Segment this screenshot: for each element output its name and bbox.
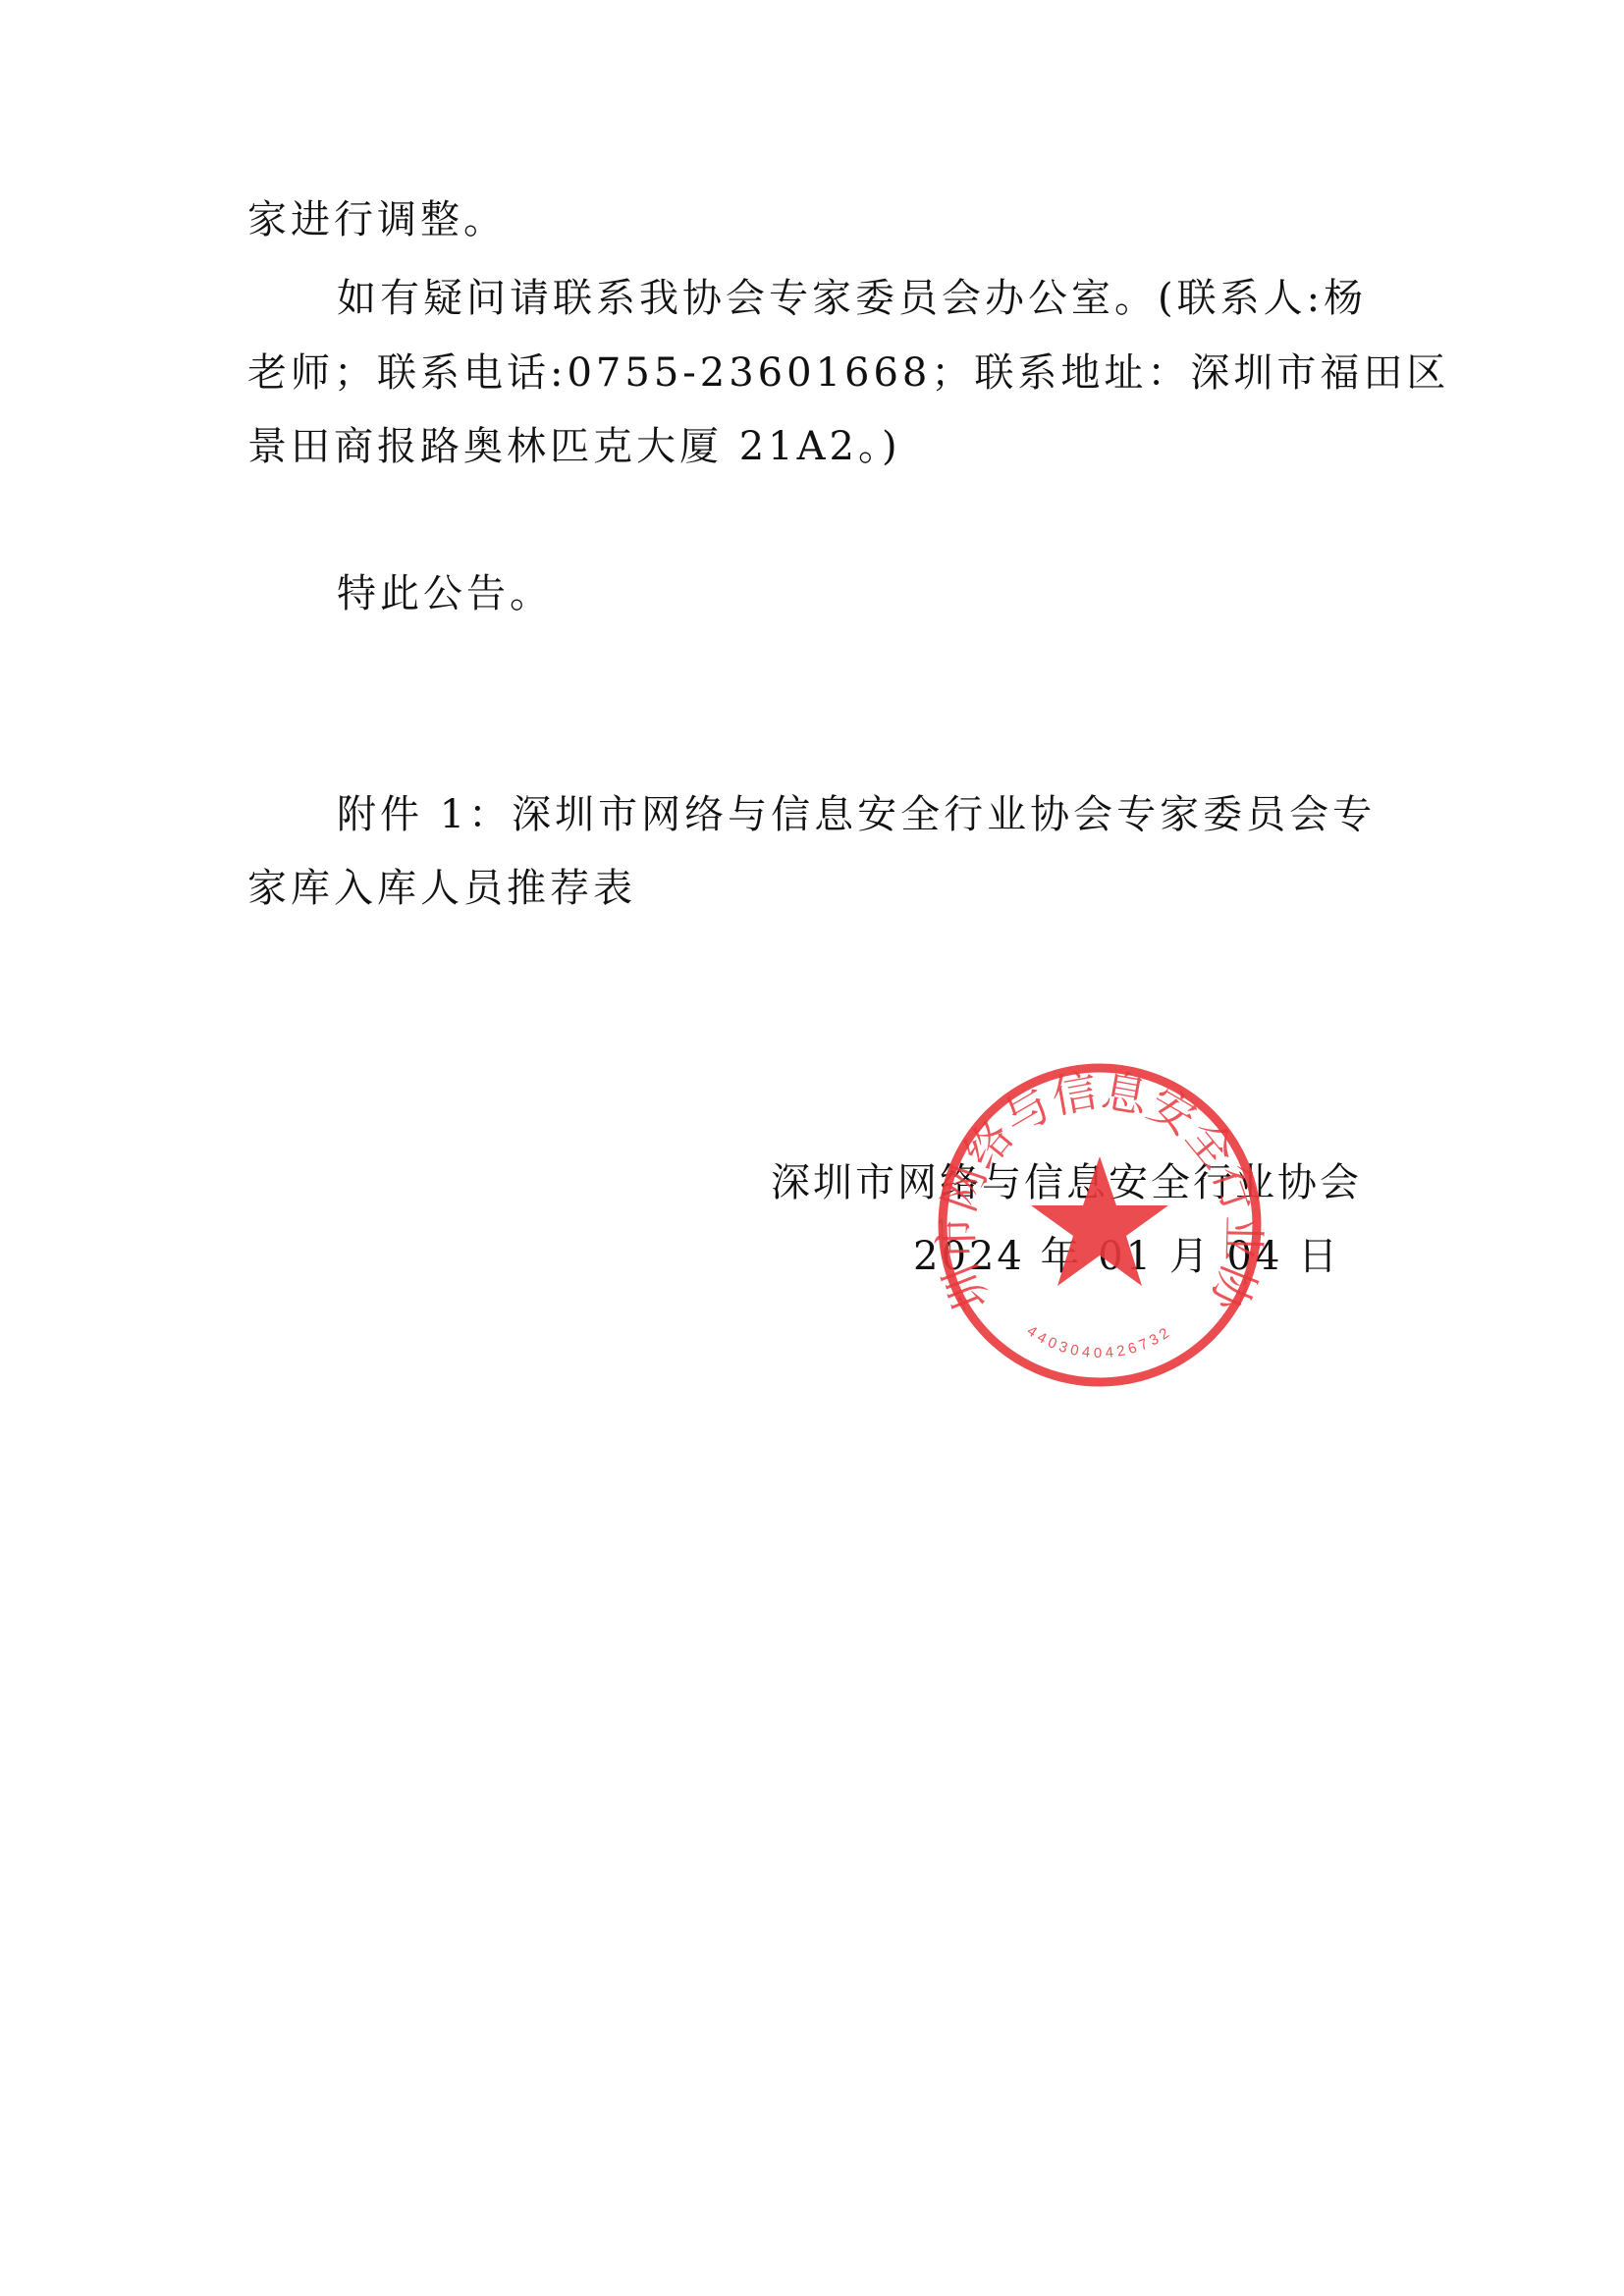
announcement-closing: 特此公告。 bbox=[337, 566, 553, 621]
seal-serial-number: 4403040426732 bbox=[1024, 1322, 1175, 1362]
attachment-line-2: 家库入库人员推荐表 bbox=[247, 861, 636, 916]
attachment-line-1: 附件 1：深圳市网络与信息安全行业协会专家委员会专 bbox=[337, 787, 1376, 842]
official-seal-stamp: 深圳市网络与信息安全行业协会 4403040426732 bbox=[933, 1058, 1267, 1392]
signature-organization: 深圳市网络与信息安全行业协会 bbox=[771, 1155, 1362, 1210]
contact-paragraph-line-3: 景田商报路奥林匹克大厦 21A2。) bbox=[247, 419, 901, 474]
contact-paragraph-line-1: 如有疑问请联系我协会专家委员会办公室。(联系人:杨 bbox=[337, 271, 1367, 326]
seal-ring bbox=[943, 1068, 1257, 1382]
signature-date: 2024 年 01 月 04 日 bbox=[913, 1229, 1340, 1284]
paragraph-continuation: 家进行调整。 bbox=[247, 192, 507, 247]
contact-paragraph-line-2: 老师；联系电话:0755-23601668；联系地址：深圳市福田区 bbox=[247, 346, 1449, 400]
